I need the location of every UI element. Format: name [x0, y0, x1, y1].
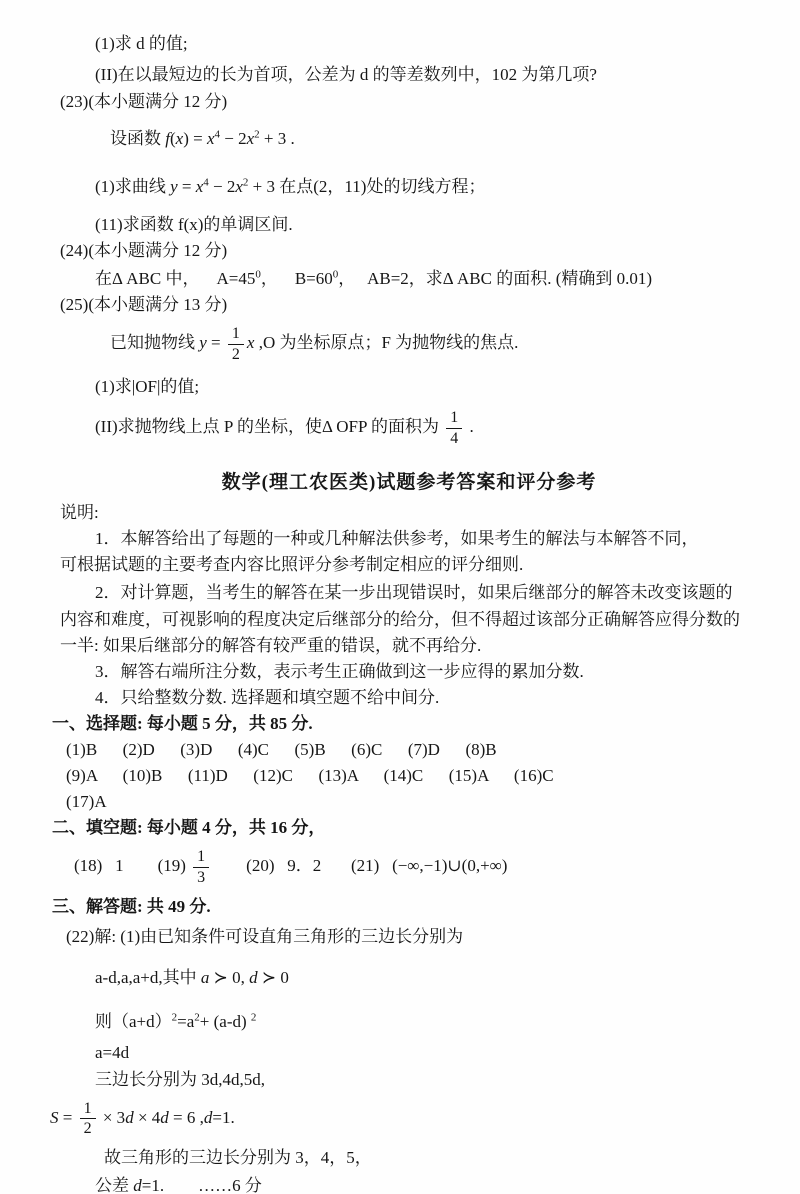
text-span: 一、选择题: 每小题 5 分，共 85 分.: [52, 714, 313, 733]
text-span: ， B=60: [261, 269, 333, 288]
text-span: 1．本解答给出了每题的一种或几种解法供参考，如果考生的解法与本解答不同，: [95, 529, 699, 548]
fraction-denominator: 3: [193, 868, 209, 887]
text-span: 可根据试题的主要考查内容比照评分参考制定相应的评分细则.: [60, 555, 523, 574]
note-line: 1．本解答给出了每题的一种或几种解法供参考，如果考生的解法与本解答不同，: [95, 526, 766, 552]
text-span: 二、填空题: 每小题 4 分，共 16 分，: [52, 818, 325, 837]
math-variable: x: [207, 129, 215, 148]
section-heading: 三、解答题: 共 49 分.: [52, 894, 766, 920]
text-span: .: [465, 417, 474, 436]
math-text: ≻ 0,: [209, 968, 249, 987]
text-span: (22)解: (1)由已知条件可设直角三角形的三边长分别为: [66, 927, 463, 946]
fraction: 14: [446, 409, 462, 447]
notes-label: 说明:: [60, 500, 766, 526]
text-span: 的值;: [160, 377, 199, 396]
question-line: 设函数 f(x) = x4 − 2x2 + 3 .: [110, 123, 766, 155]
math-text: × 3: [99, 1108, 126, 1127]
fraction-numerator: 1: [193, 848, 209, 868]
math-text: a-d,a,a+d,: [95, 968, 163, 987]
math-text: =: [59, 1108, 77, 1127]
text-span: 三边长分别为 3d,4d,5d,: [95, 1070, 265, 1089]
question-line: (1)求曲线 y = x4 − 2x2 + 3 在点(2，11)处的切线方程；: [95, 171, 766, 203]
text-span: (23)(本小题满分 12 分): [60, 92, 227, 111]
text-span: 说明:: [60, 503, 99, 522]
text-span: (20) 9．2 (21): [212, 856, 392, 875]
note-line: 2．对计算题，当考生的解答在某一步出现错误时，如果后继部分的解答未改变该题的: [95, 580, 766, 606]
question-number: (24)(本小题满分 12 分): [60, 238, 766, 264]
math-variable: d: [133, 1176, 142, 1194]
math-variable: y: [199, 333, 207, 352]
text-span: 设函数: [110, 129, 165, 148]
solution-line: S = 12 × 3d × 4d = 6 ,d=1.: [50, 1095, 766, 1143]
math-text: + 3 .: [260, 129, 295, 148]
fraction: 12: [228, 325, 244, 363]
text-span: 已知抛物线: [110, 333, 199, 352]
question-line: 在Δ ABC 中， A=450， B=600， AB=2，求Δ ABC 的面积.…: [95, 266, 766, 292]
text-span: (1)求 d 的值;: [95, 34, 188, 53]
note-line: 一半: 如果后继部分的解答有较严重的错误，就不再给分.: [60, 633, 766, 659]
text-span: (1)求曲线: [95, 177, 170, 196]
math-text: =: [207, 333, 225, 352]
solution-line: 则（a+d）2=a2+ (a-d) 2: [95, 1006, 766, 1038]
math-variable: y: [170, 177, 178, 196]
math-text: ≻ 0: [258, 968, 289, 987]
text-span: 一半: 如果后继部分的解答有较严重的错误，就不再给分.: [60, 636, 481, 655]
math-variable: d: [160, 1108, 169, 1127]
fill-in-answer-row: (18) 1 (19) 13 (20) 9．2 (21) (−∞,−1)∪(0,…: [74, 843, 766, 891]
note-line: 内容和难度，可视影响的程度决定后继部分的给分，但不得超过该部分正确解答应得分数的: [60, 607, 766, 633]
text-span: (17)A: [66, 792, 107, 811]
question-number: (23)(本小题满分 12 分): [60, 89, 766, 115]
text-span: ,O 为坐标原点；F 为抛物线的焦点.: [254, 333, 518, 352]
text-span: 公差: [95, 1176, 133, 1194]
text-span: ……6 分: [164, 1176, 262, 1194]
answer-row: (17)A: [66, 789, 766, 815]
text-span: (II)在以最短边的长为首项，公差为 d 的等差数列中，102 为第几项?: [95, 65, 597, 84]
text-span: 3．解答右端所注分数，表示考生正确做到这一步应得的累加分数.: [95, 662, 584, 681]
math-variable: S: [50, 1108, 59, 1127]
text-span: 内容和难度，可视影响的程度决定后继部分的给分，但不得超过该部分正确解答应得分数的: [60, 610, 740, 629]
note-line: 3．解答右端所注分数，表示考生正确做到这一步应得的累加分数.: [95, 659, 766, 685]
question-line: (11)求函数 f(x)的单调区间.: [95, 212, 766, 238]
solution-line: 故三角形的三边长分别为 3，4，5，: [104, 1145, 766, 1171]
math-text: + (a-d): [200, 1012, 251, 1031]
fraction: 12: [80, 1100, 96, 1138]
fraction-numerator: 1: [228, 325, 244, 345]
text-span: (II)求抛物线上点 P 的坐标，使Δ OFP 的面积为: [95, 417, 443, 436]
question-line: (II)在以最短边的长为首项，公差为 d 的等差数列中，102 为第几项?: [95, 62, 766, 88]
math-text: =1.: [212, 1108, 234, 1127]
solution-line: a=4d: [95, 1040, 766, 1066]
text-span: 数学(理工农医类)试题参考答案和评分参考: [222, 472, 597, 493]
text-span: 故三角形的三边长分别为 3，4，5，: [104, 1148, 372, 1167]
note-line: 可根据试题的主要考查内容比照评分参考制定相应的评分细则.: [60, 552, 766, 578]
fraction-numerator: 1: [446, 409, 462, 429]
document-title: 数学(理工农医类)试题参考答案和评分参考: [52, 470, 766, 496]
math-text: =: [178, 177, 196, 196]
question-line: 已知抛物线 y = 12x ,O 为坐标原点；F 为抛物线的焦点.: [110, 320, 766, 368]
math-variable: x: [247, 129, 255, 148]
fraction: 13: [193, 848, 209, 886]
text-span: (1)B (2)D (3)D (4)C (5)B (6)C (7)D (8)B: [66, 740, 497, 759]
solution-line: 三边长分别为 3d,4d,5d,: [95, 1067, 766, 1093]
question-number: (25)(本小题满分 13 分): [60, 292, 766, 318]
text-span: 4．只给整数分数. 选择题和填空题不给中间分.: [95, 688, 439, 707]
math-variable: d: [249, 968, 258, 987]
text-span: (11)求函数 f(x)的单调区间.: [95, 215, 293, 234]
math-text: − 2: [220, 129, 247, 148]
math-text: = 6 ,: [169, 1108, 204, 1127]
fraction-denominator: 2: [228, 345, 244, 364]
text-span: 其中: [163, 968, 201, 987]
math-text: a=4d: [95, 1043, 129, 1062]
note-line: 4．只给整数分数. 选择题和填空题不给中间分.: [95, 685, 766, 711]
text-span: ， AB=2，求Δ ABC 的面积. (精确到 0.01): [338, 269, 652, 288]
fraction-denominator: 2: [80, 1119, 96, 1138]
section-heading: 二、填空题: 每小题 4 分，共 16 分，: [52, 815, 766, 841]
question-line: (II)求抛物线上点 P 的坐标，使Δ OFP 的面积为 14 .: [95, 404, 766, 452]
text-span: OF: [135, 377, 157, 396]
text-span: (18) 1 (19): [74, 856, 190, 875]
question-line: (1)求|OF|的值;: [95, 374, 766, 400]
question-line: (1)求 d 的值;: [95, 31, 766, 57]
text-span: 三、解答题: 共 49 分.: [52, 897, 211, 916]
fraction-denominator: 4: [446, 429, 462, 448]
math-text: =1.: [142, 1176, 164, 1194]
math-text: × 4: [134, 1108, 161, 1127]
text-span: (24)(本小题满分 12 分): [60, 241, 227, 260]
solution-line: (22)解: (1)由已知条件可设直角三角形的三边长分别为: [66, 924, 766, 950]
text-span: 在点(2，11)处的切线方程；: [275, 177, 485, 196]
fraction-numerator: 1: [80, 1100, 96, 1120]
answer-row: (9)A (10)B (11)D (12)C (13)A (14)C (15)A…: [66, 763, 766, 789]
document-page: (1)求 d 的值;(II)在以最短边的长为首项，公差为 d 的等差数列中，10…: [0, 0, 800, 1194]
math-text: ) =: [183, 129, 207, 148]
text-span: 2．对计算题，当考生的解答在某一步出现错误时，如果后继部分的解答未改变该题的: [95, 583, 733, 602]
superscript: 2: [251, 1011, 257, 1023]
solution-line: 公差 d=1. ……6 分: [95, 1173, 766, 1194]
answer-row: (1)B (2)D (3)D (4)C (5)B (6)C (7)D (8)B: [66, 737, 766, 763]
math-text: + 3: [248, 177, 275, 196]
math-variable: x: [235, 177, 243, 196]
section-heading: 一、选择题: 每小题 5 分，共 85 分.: [52, 711, 766, 737]
math-variable: d: [125, 1108, 134, 1127]
math-text: =a: [177, 1012, 194, 1031]
text-span: (9)A (10)B (11)D (12)C (13)A (14)C (15)A…: [66, 766, 554, 785]
text-span: 则（a+d）: [95, 1012, 172, 1031]
text-span: 在Δ ABC 中， A=45: [95, 269, 255, 288]
solution-line: a-d,a,a+d,其中 a ≻ 0, d ≻ 0: [95, 962, 766, 994]
math-text: − 2: [209, 177, 236, 196]
text-span: (1)求: [95, 377, 132, 396]
math-text: (−∞,−1)∪(0,+∞): [392, 856, 507, 875]
text-span: (25)(本小题满分 13 分): [60, 295, 227, 314]
